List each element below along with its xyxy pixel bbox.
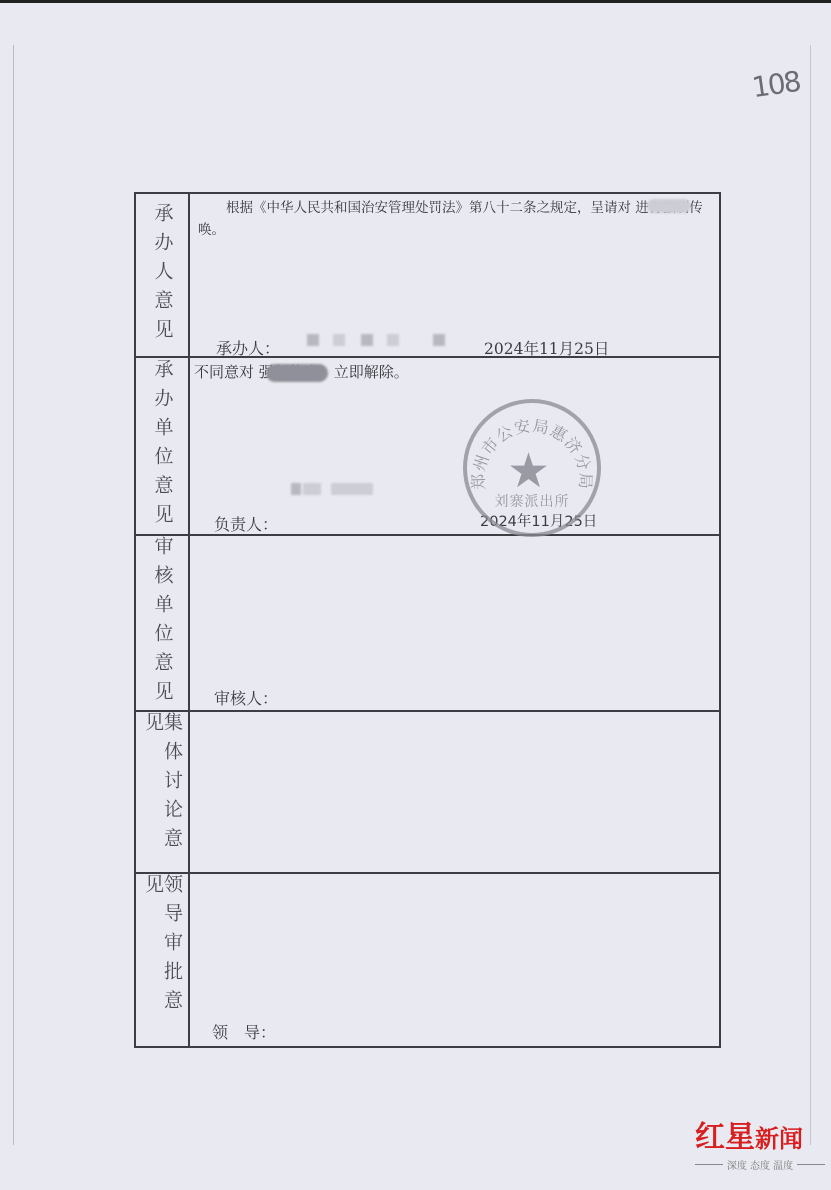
row-content-cell: 根据《中华人民共和国治安管理处罚法》第八十二条之规定，呈请对 进行强制传唤。 承… — [190, 194, 719, 356]
seal-bottom-text: 刘寨派出所 — [479, 491, 585, 511]
row-label-cell: 领导审批意见 — [136, 874, 190, 1046]
responsible-signature-label: 负责人： — [214, 512, 278, 535]
row-label: 承办单位意见 — [153, 359, 172, 533]
redacted-signature — [387, 334, 399, 346]
handler-signature-label: 承办人： — [216, 336, 280, 359]
leader-signature-label: 领 导： — [212, 1020, 276, 1043]
watermark-brand-suffix: 新闻 — [755, 1124, 803, 1153]
page-right-edge — [810, 45, 811, 1145]
redacted-name — [266, 364, 328, 382]
row-label: 承办人意见 — [153, 203, 172, 348]
row-label: 领导审批意见 — [143, 874, 181, 1046]
redacted-signature — [331, 483, 373, 495]
row-unit-opinion: 承办单位意见 不同意对 强制传唤，立即解除。 负责人： 2024年11月25日 — [136, 358, 719, 536]
row-label: 集体讨论意见 — [143, 712, 181, 872]
row-label-cell: 承办人意见 — [136, 194, 190, 356]
watermark-tagline-text: 深度 态度 温度 — [727, 1157, 793, 1172]
handler-date: 2024年11月25日 — [484, 337, 609, 359]
row-label-cell: 集体讨论意见 — [136, 712, 190, 872]
row-label-cell: 审核单位意见 — [136, 536, 190, 710]
redacted-signature — [291, 483, 301, 495]
redacted-signature — [303, 483, 321, 495]
watermark-tagline: 深度 态度 温度 — [695, 1157, 825, 1172]
approval-form-table: 承办人意见 根据《中华人民共和国治安管理处罚法》第八十二条之规定，呈请对 进行强… — [134, 192, 721, 1048]
row-label-cell: 承办单位意见 — [136, 358, 190, 534]
handler-opinion-text: 根据《中华人民共和国治安管理处罚法》第八十二条之规定，呈请对 进行强制传唤。 — [198, 197, 709, 241]
handwritten-page-number: 108 — [750, 65, 802, 104]
star-icon: ★ — [507, 447, 550, 495]
reviewer-signature-label: 审核人： — [214, 686, 278, 709]
page-left-edge — [13, 45, 14, 1145]
redacted-signature — [333, 334, 345, 346]
row-content-cell: 审核人： — [190, 536, 719, 710]
row-content-cell — [190, 712, 719, 872]
redacted-signature — [307, 334, 319, 346]
row-content-cell: 不同意对 强制传唤，立即解除。 负责人： 2024年11月25日 — [190, 358, 719, 534]
row-handler-opinion: 承办人意见 根据《中华人民共和国治安管理处罚法》第八十二条之规定，呈请对 进行强… — [136, 194, 719, 358]
watermark-brand: 红星 — [695, 1120, 755, 1155]
redacted-signature — [361, 334, 373, 346]
redacted-signature — [433, 334, 445, 346]
watermark-logo: 红星新闻 — [695, 1123, 825, 1153]
row-review-opinion: 审核单位意见 审核人： — [136, 536, 719, 712]
row-group-discussion: 集体讨论意见 — [136, 712, 719, 874]
row-content-cell: 领 导： — [190, 874, 719, 1046]
news-watermark: 红星新闻 深度 态度 温度 — [695, 1123, 825, 1172]
row-label: 审核单位意见 — [153, 536, 172, 710]
row-leader-approval: 领导审批意见 领 导： — [136, 874, 719, 1046]
redacted-name — [647, 199, 691, 213]
scan-top-edge — [0, 0, 831, 3]
official-seal: 郑州市公安局惠济分局 ★ 刘寨派出所 — [463, 399, 601, 537]
